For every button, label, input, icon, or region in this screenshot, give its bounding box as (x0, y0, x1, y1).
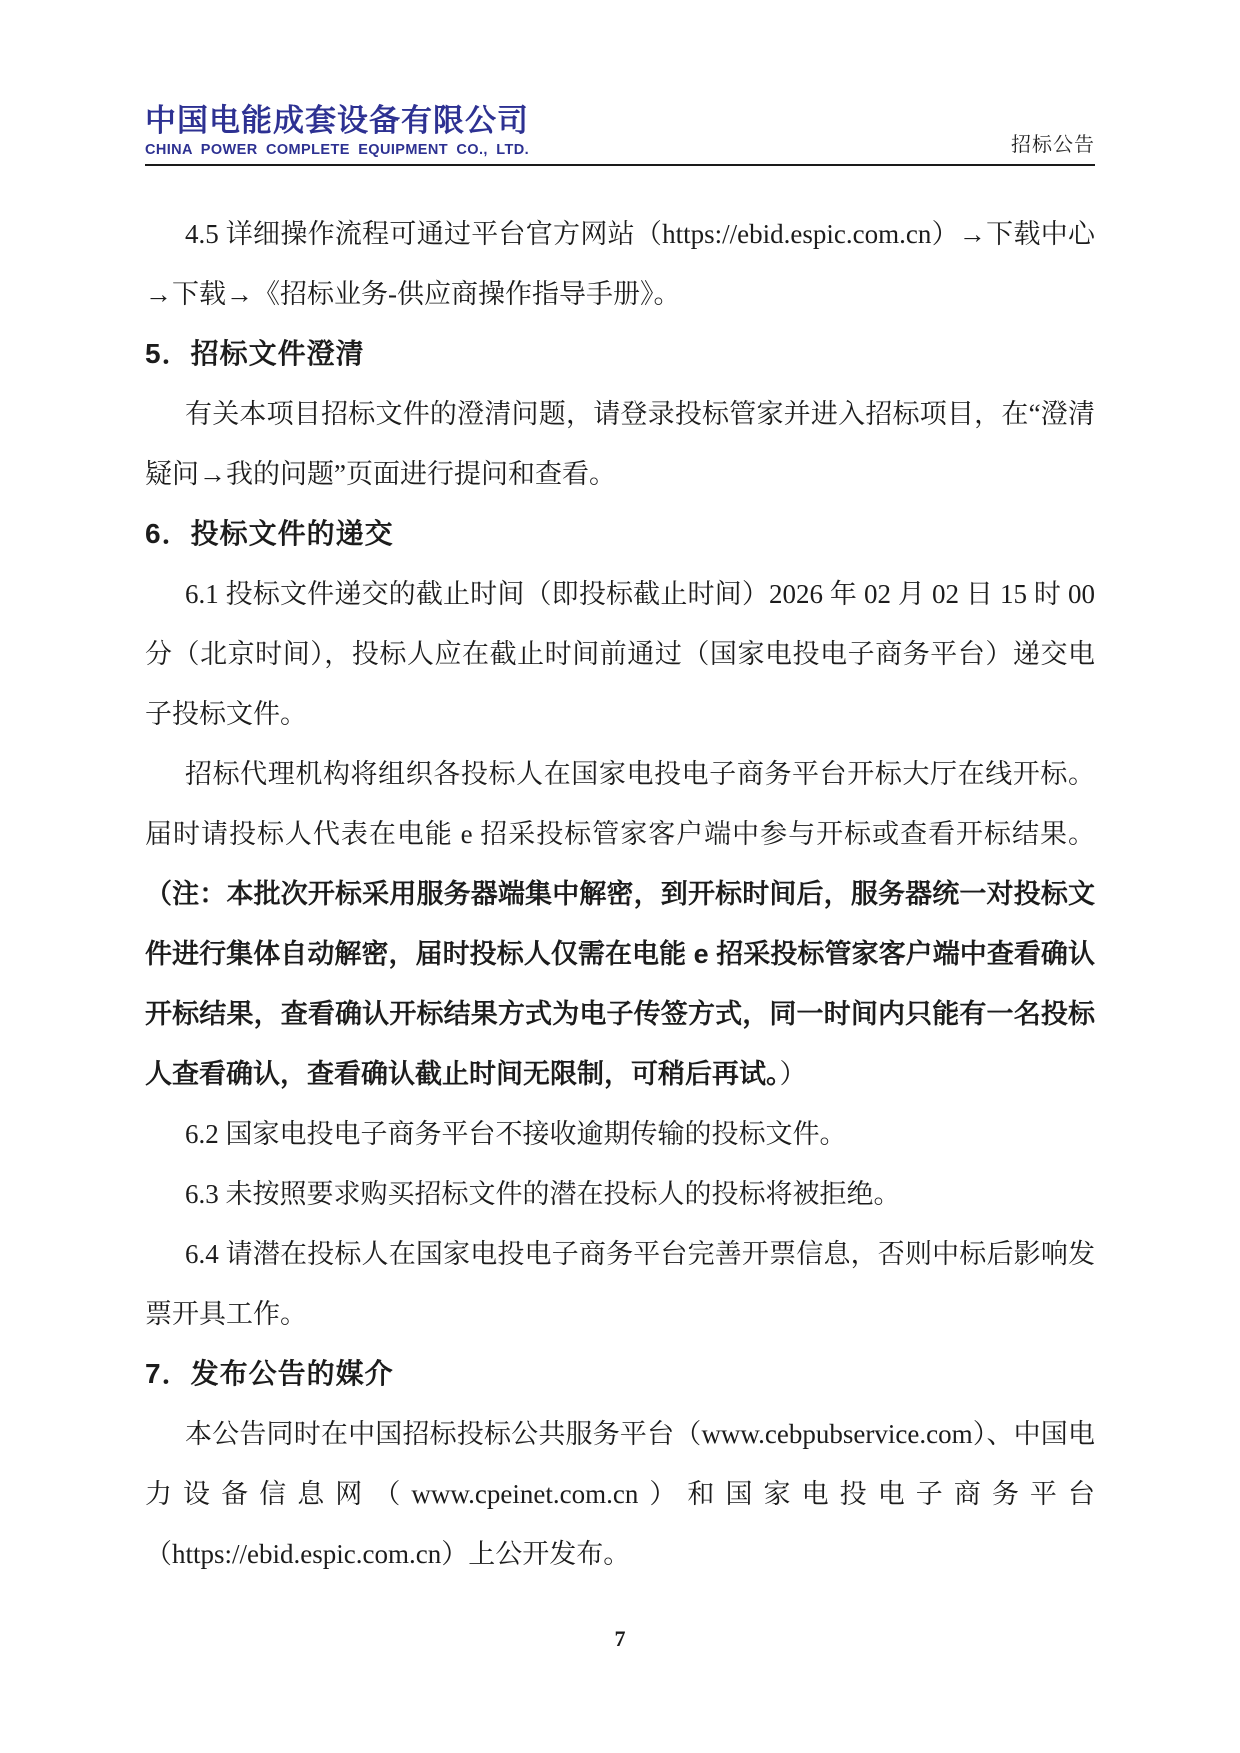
para-4-5: 4.5 详细操作流程可通过平台官方网站（https://ebid.espic.c… (145, 204, 1095, 324)
open-bid-bold-note: （注：本批次开标采用服务器端集中解密，到开标时间后，服务器统一对投标文件进行集体… (145, 879, 1095, 1089)
heading-6-submission: 6．投标文件的递交 (145, 504, 1095, 564)
company-name-en: CHINA POWER COMPLETE EQUIPMENT CO., LTD. (145, 142, 529, 158)
doc-type-label: 招标公告 (1011, 128, 1095, 158)
para-6-2: 6.2 国家电投电子商务平台不接收逾期传输的投标文件。 (145, 1104, 1095, 1164)
para-6-open-bid: 招标代理机构将组织各投标人在国家电投电子商务平台开标大厅在线开标。届时请投标人代… (145, 744, 1095, 1104)
document-body: 4.5 详细操作流程可通过平台官方网站（https://ebid.espic.c… (145, 204, 1095, 1584)
document-page: 中国电能成套设备有限公司 CHINA POWER COMPLETE EQUIPM… (0, 0, 1240, 1753)
para-5-1: 有关本项目招标文件的澄清问题，请登录投标管家并进入招标项目，在“澄清疑问→我的问… (145, 384, 1095, 504)
open-bid-close-paren: ） (780, 1059, 807, 1089)
para-6-4: 6.4 请潜在投标人在国家电投电子商务平台完善开票信息，否则中标后影响发票开具工… (145, 1224, 1095, 1344)
para-7-1: 本公告同时在中国招标投标公共服务平台（www.cebpubservice.com… (145, 1404, 1095, 1584)
page-header: 中国电能成套设备有限公司 CHINA POWER COMPLETE EQUIPM… (145, 104, 1095, 166)
company-name-cn: 中国电能成套设备有限公司 (145, 104, 529, 139)
para-6-3: 6.3 未按照要求购买招标文件的潜在投标人的投标将被拒绝。 (145, 1164, 1095, 1224)
open-bid-regular-text: 招标代理机构将组织各投标人在国家电投电子商务平台开标大厅在线开标。届时请投标人代… (145, 759, 1095, 849)
heading-7-media: 7．发布公告的媒介 (145, 1344, 1095, 1404)
heading-5-clarification: 5．招标文件澄清 (145, 324, 1095, 384)
company-logo: 中国电能成套设备有限公司 CHINA POWER COMPLETE EQUIPM… (145, 104, 529, 158)
page-number: 7 (0, 1626, 1240, 1652)
para-6-1: 6.1 投标文件递交的截止时间（即投标截止时间）2026 年 02 月 02 日… (145, 564, 1095, 744)
